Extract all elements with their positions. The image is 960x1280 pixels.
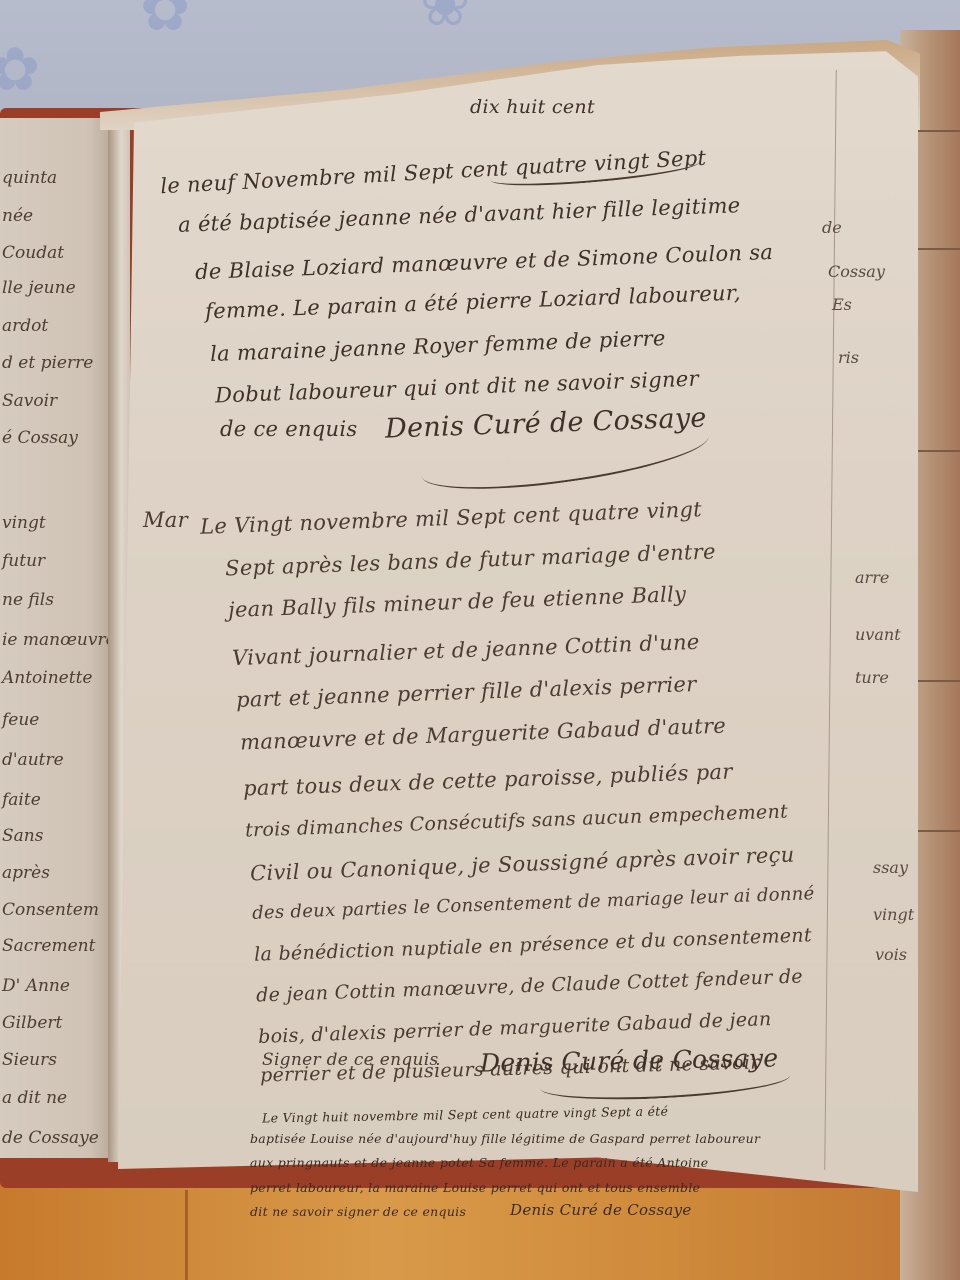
entry-line: trois dimanches Consécutifs sans aucun e…	[245, 801, 789, 842]
margin-note-marriage: Mar	[143, 508, 188, 532]
entry-line: jean Bally fils mineur de feu etienne Ba…	[228, 582, 687, 622]
entry-line: part tous deux de cette paroisse, publié…	[243, 759, 733, 800]
entry-line: Civil ou Canonique, je Soussigné après a…	[250, 843, 795, 886]
entry-line: femme. Le parain a été pierre Loziard la…	[205, 281, 741, 324]
entry-line: de jean Cottin manœuvre, de Claude Cotte…	[256, 965, 803, 1006]
margin-fragment: ris	[838, 348, 859, 367]
entry-line: Le Vingt huit novembre mil Sept cent qua…	[262, 1103, 668, 1125]
margin-fragment: vingt	[873, 905, 914, 924]
entry-line: Dobut laboureur qui ont dit ne savoir si…	[215, 367, 700, 408]
entry-line: des deux parties le Consentement de mari…	[252, 883, 815, 924]
margin-fragment: de	[822, 218, 842, 237]
margin-fragment: ture	[855, 668, 889, 687]
entry-line: Vivant journalier et de jeanne Cottin d'…	[232, 630, 700, 670]
margin-fragment: vois	[875, 945, 907, 964]
entry-line: la bénédiction nuptiale en présence et d…	[254, 924, 812, 965]
entry-line: bois, d'alexis perrier de marguerite Gab…	[258, 1008, 772, 1048]
register-content: dix huit cent le neuf Novembre mil Sept …	[0, 0, 960, 1280]
entry-line: Sept après les bans de futur mariage d'e…	[225, 539, 716, 580]
header-correction: dix huit cent	[470, 96, 595, 118]
margin-fragment: Cossay	[828, 262, 885, 281]
entry-line: manœuvre et de Marguerite Gabaud d'autre	[240, 714, 727, 755]
entry-line: a été baptisée jeanne née d'avant hier f…	[178, 193, 741, 237]
entry-line: de Blaise Loziard manœuvre et de Simone …	[195, 240, 774, 284]
entry-line: aux pringnauts et de jeanne potet Sa fem…	[250, 1155, 708, 1170]
margin-fragment: Es	[832, 295, 852, 314]
priest-signature: Denis Curé de Cossaye	[510, 1201, 692, 1219]
entry-line: part et jeanne perrier fille d'alexis pe…	[236, 672, 697, 712]
entry-line: Signer de ce enquis	[262, 1050, 439, 1070]
entry-line: de ce enquis	[220, 417, 357, 441]
margin-fragment: uvant	[855, 625, 901, 644]
entry-line: Le Vingt novembre mil Sept cent quatre v…	[200, 497, 703, 539]
margin-fragment: ssay	[873, 858, 908, 877]
entry-line: perret laboureur, la maraine Louise perr…	[250, 1180, 700, 1195]
entry-line: baptisée Louise née d'aujourd'huy fille …	[250, 1131, 760, 1146]
entry-line: la maraine jeanne Royer femme de pierre	[210, 326, 666, 366]
entry-line: dit ne savoir signer de ce enquis	[250, 1204, 466, 1219]
margin-fragment: arre	[855, 568, 889, 587]
